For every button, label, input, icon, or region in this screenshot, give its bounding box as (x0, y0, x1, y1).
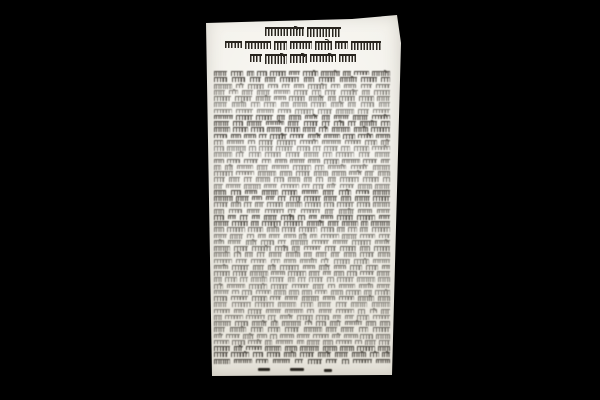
newspaper-clipping: जागरूकता सम्मेलन में कैंसर के इलाज में आ… (204, 13, 402, 377)
headline-text-line-1: जागरूकता सम्मेलन (204, 27, 205, 28)
cutoff-text-fragments (204, 13, 402, 377)
torn-text-fragment (324, 369, 332, 372)
torn-text-fragment (258, 368, 270, 371)
headline-text-line-3: के बारे में बताया गया (204, 27, 205, 28)
torn-text-fragment (290, 368, 304, 371)
photo-background: जागरूकता सम्मेलन में कैंसर के इलाज में आ… (0, 0, 600, 400)
headline-text-line-2: में कैंसर के इलाज में आई तरक्की (204, 27, 205, 28)
